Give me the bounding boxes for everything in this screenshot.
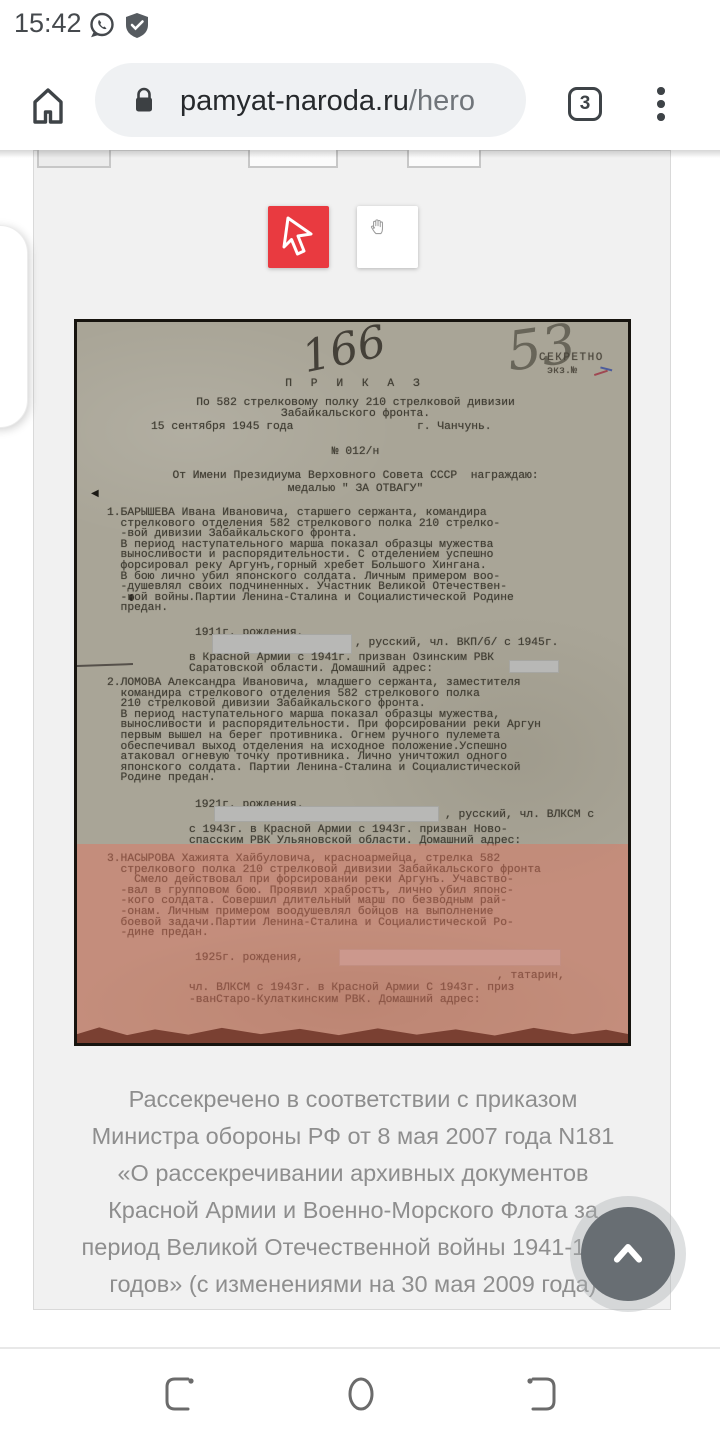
- declassification-note: Рассекречено в соответствии с приказом М…: [80, 1081, 626, 1303]
- item3-nationality: , татарин,: [497, 970, 565, 982]
- redaction-box: [212, 634, 352, 654]
- doc-text-line: -онам. Личным примером воодушевлял бойцо…: [107, 907, 619, 918]
- doc-text-line: -дине предан.: [107, 928, 619, 939]
- doc-text-line: Родине предан.: [107, 773, 619, 784]
- handwritten-page-number: 166: [298, 319, 391, 383]
- nav-back-button[interactable]: [161, 1371, 201, 1422]
- scroll-top-halo: [570, 1196, 686, 1312]
- order-preamble: От Имени Президиума Верховного Совета СС…: [77, 470, 631, 482]
- nav-home-button[interactable]: [341, 1371, 381, 1422]
- redaction-box: [214, 806, 439, 822]
- address-bar[interactable]: pamyat-naroda.ru/hero: [95, 63, 526, 137]
- pan-tool-button[interactable]: [357, 206, 418, 268]
- order-title: П Р И К А З: [77, 378, 631, 390]
- item2-party-line: , русский, чл. ВЛКСМ с: [445, 809, 594, 821]
- doc-text-line: форсировал реку Аргунъ,горный хребет Бол…: [107, 561, 619, 572]
- item1-address-line: Саратовской области. Домашний адрес:: [189, 663, 433, 675]
- order-number: № 012/н: [77, 446, 631, 458]
- shield-check-icon: [124, 12, 150, 44]
- android-nav-bar: [0, 1347, 720, 1440]
- doc-text-line: 2.ЛОМОВА Александра Ивановича, младшего …: [107, 678, 619, 689]
- home-icon[interactable]: [29, 85, 67, 130]
- doc-text-line: предан.: [107, 603, 619, 614]
- cursor-icon: [268, 206, 329, 268]
- document-viewer-panel: 166 53 СЕКРЕТНО экз.№ П Р И К А З По 582…: [33, 150, 671, 1310]
- screen: { "status_bar": { "time": "15:42", "netw…: [0, 0, 720, 1440]
- order-place: г. Чанчунь.: [417, 421, 492, 433]
- status-bar: 15:42 H+ 6.3 K/s 60: [0, 0, 720, 48]
- award-item-2: 2.ЛОМОВА Александра Ивановича, младшего …: [107, 678, 619, 784]
- award-item-3: 3.НАСЫРОВА Хажията Хайбуловича, красноар…: [107, 854, 619, 939]
- browser-toolbar: pamyat-naroda.ru/hero 3: [0, 48, 720, 150]
- url-path: /hero: [409, 85, 475, 117]
- torn-paper-edge: [77, 1025, 631, 1046]
- copy-number-text: экз.№: [547, 366, 577, 377]
- doc-text-line: первым вышел на берег противника. Огнем …: [107, 731, 619, 742]
- item3-address-line: -ванСтаро-Кулаткинским РВК. Домашний адр…: [189, 994, 481, 1006]
- url-domain: pamyat-naroda.ru: [180, 85, 409, 117]
- order-date: 15 сентября 1945 года: [151, 421, 293, 433]
- doc-text-line: -ной войны.Партии Ленина-Сталина и Социа…: [107, 593, 619, 604]
- redaction-box: [509, 660, 559, 673]
- secret-stamp-text: СЕКРЕТНО: [539, 352, 604, 364]
- toolbar-shadow: [0, 150, 720, 158]
- url-text[interactable]: pamyat-naroda.ru/hero: [180, 85, 475, 118]
- margin-arrow-mark: ◀: [91, 488, 99, 500]
- document-scan[interactable]: 166 53 СЕКРЕТНО экз.№ П Р И К А З По 582…: [74, 319, 631, 1046]
- doc-text-line: 3.НАСЫРОВА Хажията Хайбуловича, красноар…: [107, 854, 619, 865]
- side-drawer-handle[interactable]: [0, 225, 28, 428]
- order-header-line2: Забайкальского фронта.: [77, 408, 631, 420]
- whatsapp-icon: [88, 11, 116, 44]
- item1-party-line: , русский, чл. ВКП/б/ с 1945г.: [355, 637, 558, 649]
- redaction-box: [339, 949, 561, 966]
- web-page-viewport: 166 53 СЕКРЕТНО экз.№ П Р И К А З По 582…: [0, 150, 720, 1347]
- nav-recents-button[interactable]: [520, 1371, 560, 1422]
- item3-army-line: чл. ВЛКСМ с 1943г. в Красной Армии С 194…: [189, 982, 514, 994]
- item2-address-line: спасским РВК Ульяновской области. Домашн…: [189, 835, 521, 847]
- lock-icon[interactable]: [133, 86, 155, 119]
- clock: 15:42: [14, 8, 82, 39]
- hand-icon: [357, 206, 398, 248]
- chevron-up-icon: [606, 1232, 650, 1276]
- paper-crack: [77, 663, 133, 667]
- doc-text-line: 1.БАРЫШЕВА Ивана Ивановича, старшего сер…: [107, 508, 619, 519]
- award-item-1: 1.БАРЫШЕВА Ивана Ивановича, старшего сер…: [107, 508, 619, 614]
- cursor-tool-button[interactable]: [268, 206, 329, 268]
- scroll-to-top-button[interactable]: [581, 1207, 675, 1301]
- order-medal-line: медалью " ЗА ОТВАГУ": [77, 483, 631, 495]
- tab-switcher-button[interactable]: 3: [568, 87, 602, 121]
- item3-birth-year: 1925г. рождения,: [195, 952, 303, 964]
